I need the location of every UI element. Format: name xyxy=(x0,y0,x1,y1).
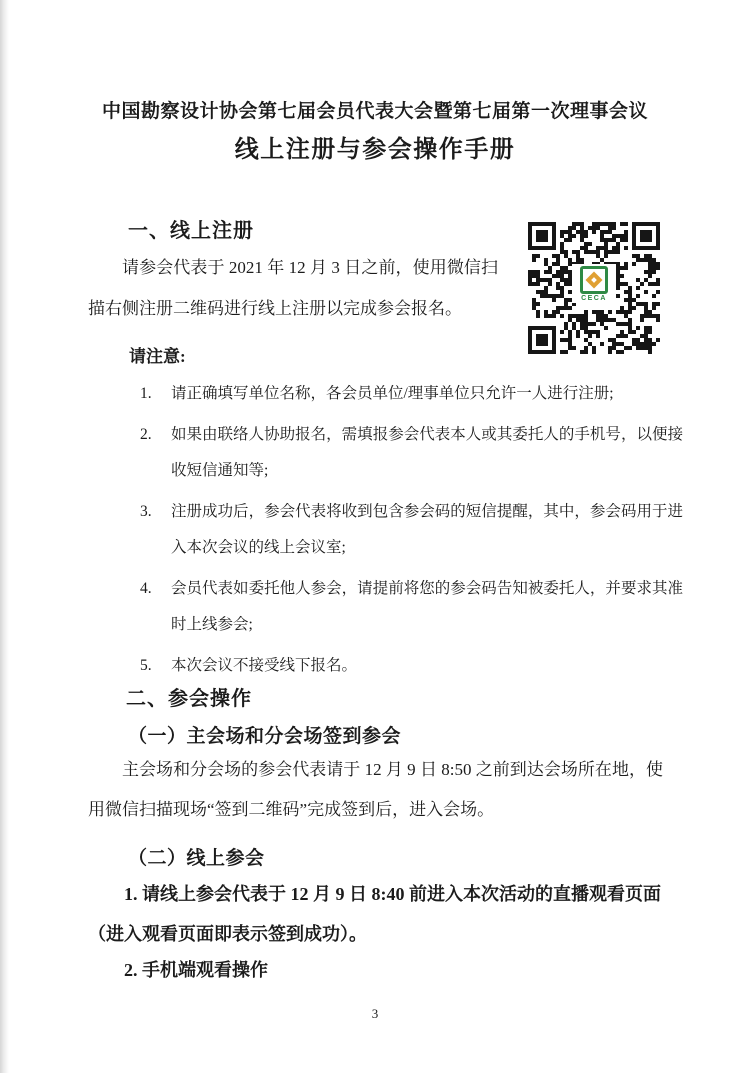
document-title: 中国勘察设计协会第七届会员代表大会暨第七届第一次理事会议 xyxy=(0,96,750,123)
page-number: 3 xyxy=(0,1006,750,1022)
note-item: 3. 注册成功后，参会代表将收到包含参会码的短信提醒，其中，参会码用于进入本次会… xyxy=(140,494,683,567)
ceca-logo-text: CECA xyxy=(572,295,616,302)
note-number: 5. xyxy=(140,648,171,685)
note-text: 本次会议不接受线下报名。 xyxy=(171,648,683,685)
section-1-heading: 一、线上注册 xyxy=(128,214,254,243)
document-subtitle: 线上注册与参会操作手册 xyxy=(0,129,750,164)
note-number: 1. xyxy=(140,376,171,413)
note-label: 请注意: xyxy=(129,342,186,367)
note-text: 请正确填写单位名称，各会员单位/理事单位只允许一人进行注册; xyxy=(171,376,683,413)
note-item: 5. 本次会议不接受线下报名。 xyxy=(140,648,683,685)
ceca-logo: CECA xyxy=(572,264,616,303)
checkin-paragraph: 主会场和分会场的参会代表请于 12 月 9 日 8:50 之前到达会场所在地，使… xyxy=(88,750,663,830)
subsection-1-heading: （一）主会场和分会场签到参会 xyxy=(128,721,401,748)
note-number: 2. xyxy=(140,417,171,490)
note-text: 注册成功后，参会代表将收到包含参会码的短信提醒，其中，参会码用于进入本次会议的线… xyxy=(171,494,683,567)
online-step-1: 1. 请线上参会代表于 12 月 9 日 8:40 前进入本次活动的直播观看页面… xyxy=(88,874,682,954)
note-number: 3. xyxy=(140,494,171,567)
registration-qr-code: CECA xyxy=(528,222,660,354)
ceca-logo-frame xyxy=(580,266,608,294)
note-item: 4. 会员代表如委托他人参会，请提前将您的参会码告知被委托人，并要求其准时上线参… xyxy=(140,571,683,644)
registration-intro-paragraph: 请参会代表于 2021 年 12 月 3 日之前，使用微信扫描右侧注册二维码进行… xyxy=(88,247,498,329)
notes-list: 1. 请正确填写单位名称，各会员单位/理事单位只允许一人进行注册; 2. 如果由… xyxy=(140,376,683,688)
note-item: 2. 如果由联络人协助报名，需填报参会代表本人或其委托人的手机号，以便接收短信通… xyxy=(140,417,683,490)
note-number: 4. xyxy=(140,571,171,644)
section-2-heading: 二、参会操作 xyxy=(126,682,252,711)
note-item: 1. 请正确填写单位名称，各会员单位/理事单位只允许一人进行注册; xyxy=(140,376,683,413)
note-text: 如果由联络人协助报名，需填报参会代表本人或其委托人的手机号，以便接收短信通知等; xyxy=(171,417,683,490)
online-step-2: 2. 手机端观看操作 xyxy=(88,956,268,982)
document-page: 中国勘察设计协会第七届会员代表大会暨第七届第一次理事会议 线上注册与参会操作手册… xyxy=(0,0,750,1073)
note-text: 会员代表如委托他人参会，请提前将您的参会码告知被委托人，并要求其准时上线参会; xyxy=(171,571,683,644)
ceca-diamond-icon xyxy=(586,272,603,289)
ceca-diamond-inner xyxy=(591,277,597,283)
subsection-2-heading: （二）线上参会 xyxy=(128,843,265,870)
